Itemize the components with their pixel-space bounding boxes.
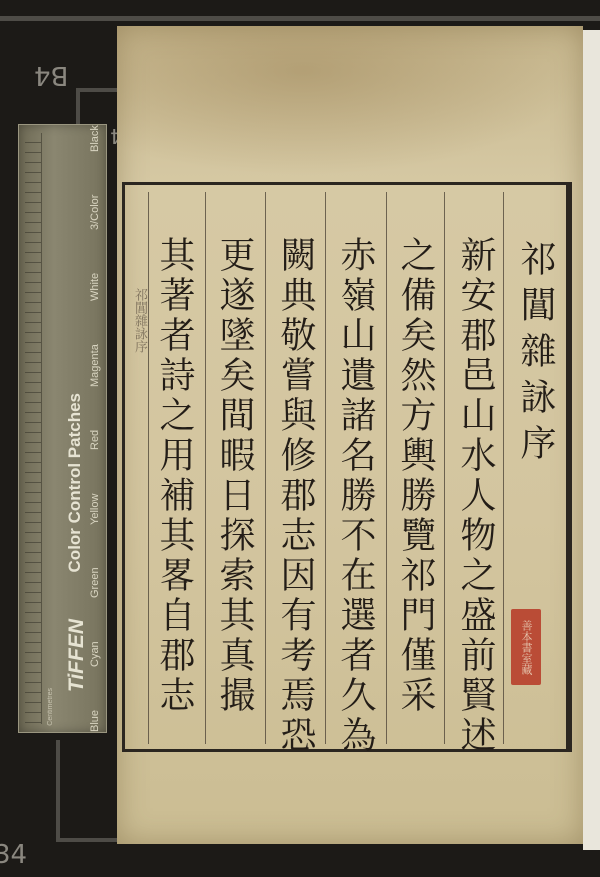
column-rule xyxy=(386,192,387,744)
plate-guide-top xyxy=(0,16,600,21)
color-control-chart: Centimetres TiFFEN Color Control Patches… xyxy=(18,124,107,733)
color-name: Yellow xyxy=(89,493,101,524)
column-rule xyxy=(205,192,206,744)
ruler-unit-label: Centimetres xyxy=(47,688,54,726)
text-column: 闕典敬嘗與修郡志因有考焉恐 xyxy=(273,236,317,756)
color-name: Green xyxy=(89,568,101,599)
chart-brand: TiFFEN xyxy=(65,619,89,692)
plate-guide-vertical xyxy=(76,88,80,128)
plate-guide-left-lower xyxy=(56,740,60,840)
color-name: White xyxy=(89,273,101,301)
water-stain xyxy=(117,26,583,176)
plate-guide-bottom xyxy=(56,838,126,842)
plate-label-bottom: 34 xyxy=(0,840,27,870)
color-name: Cyan xyxy=(89,641,101,667)
color-name: 3/Color xyxy=(89,195,101,230)
text-column: 赤嶺山遺諸名勝不在選者久為 xyxy=(333,236,377,756)
column-rule xyxy=(148,192,149,744)
adjacent-page-edge xyxy=(583,30,600,850)
plate-label-top: B4 xyxy=(34,60,68,90)
ruler-scale xyxy=(25,133,42,724)
chart-color-names: Blue Cyan Green Yellow Red Magenta White… xyxy=(89,125,101,732)
text-column-title: 祁閶雜詠序 xyxy=(513,240,557,470)
column-rule xyxy=(265,192,266,744)
color-name: Red xyxy=(89,430,101,450)
column-rule xyxy=(503,192,504,744)
column-rule xyxy=(444,192,445,744)
collector-seal: 善本書室藏 xyxy=(511,609,541,685)
color-name: Black xyxy=(89,125,101,152)
chart-product-name: Color Control Patches xyxy=(65,393,85,572)
column-rule xyxy=(325,192,326,744)
text-column: 新安郡邑山水人物之盛前賢述 xyxy=(453,236,497,756)
text-column: 之備矣然方輿勝覽祁門僅采 xyxy=(393,236,437,716)
margin-title: 祁閶雜詠序 xyxy=(130,288,149,353)
color-name: Blue xyxy=(89,710,101,732)
color-name: Magenta xyxy=(89,344,101,387)
text-column: 其著者詩之用補其畧自郡志 xyxy=(152,236,196,716)
text-column: 更遂墜矣間暇日探索其真撮 xyxy=(212,236,256,716)
